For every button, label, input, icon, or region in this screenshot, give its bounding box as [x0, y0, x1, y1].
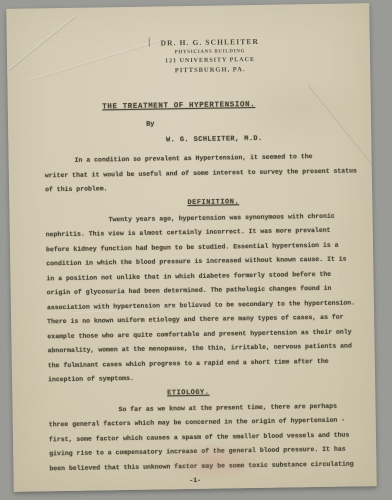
letterhead: DR. H. G. SCHLEITER PHYSICIANS BUILDING … — [52, 35, 369, 77]
document-title: THE TREATMENT OF HYPERTENSION. — [21, 99, 337, 114]
author: W. G. SCHLEITER, M.D. — [56, 132, 372, 147]
section-heading-etiology: ETIOLOGY. — [30, 385, 346, 400]
section-heading-definition: DEFINITION. — [55, 195, 371, 210]
definition-paragraph: Twenty years ago, hypertension was synon… — [45, 209, 364, 388]
etiology-paragraph: So far as we know at the present time, t… — [48, 399, 365, 476]
intro-paragraph: In a condition so prevalent as Hypertens… — [45, 149, 362, 197]
photo-background: DR. H. G. SCHLEITER PHYSICIANS BUILDING … — [0, 0, 392, 500]
byline: By — [146, 116, 360, 129]
document-page: DR. H. G. SCHLEITER PHYSICIANS BUILDING … — [6, 3, 377, 492]
